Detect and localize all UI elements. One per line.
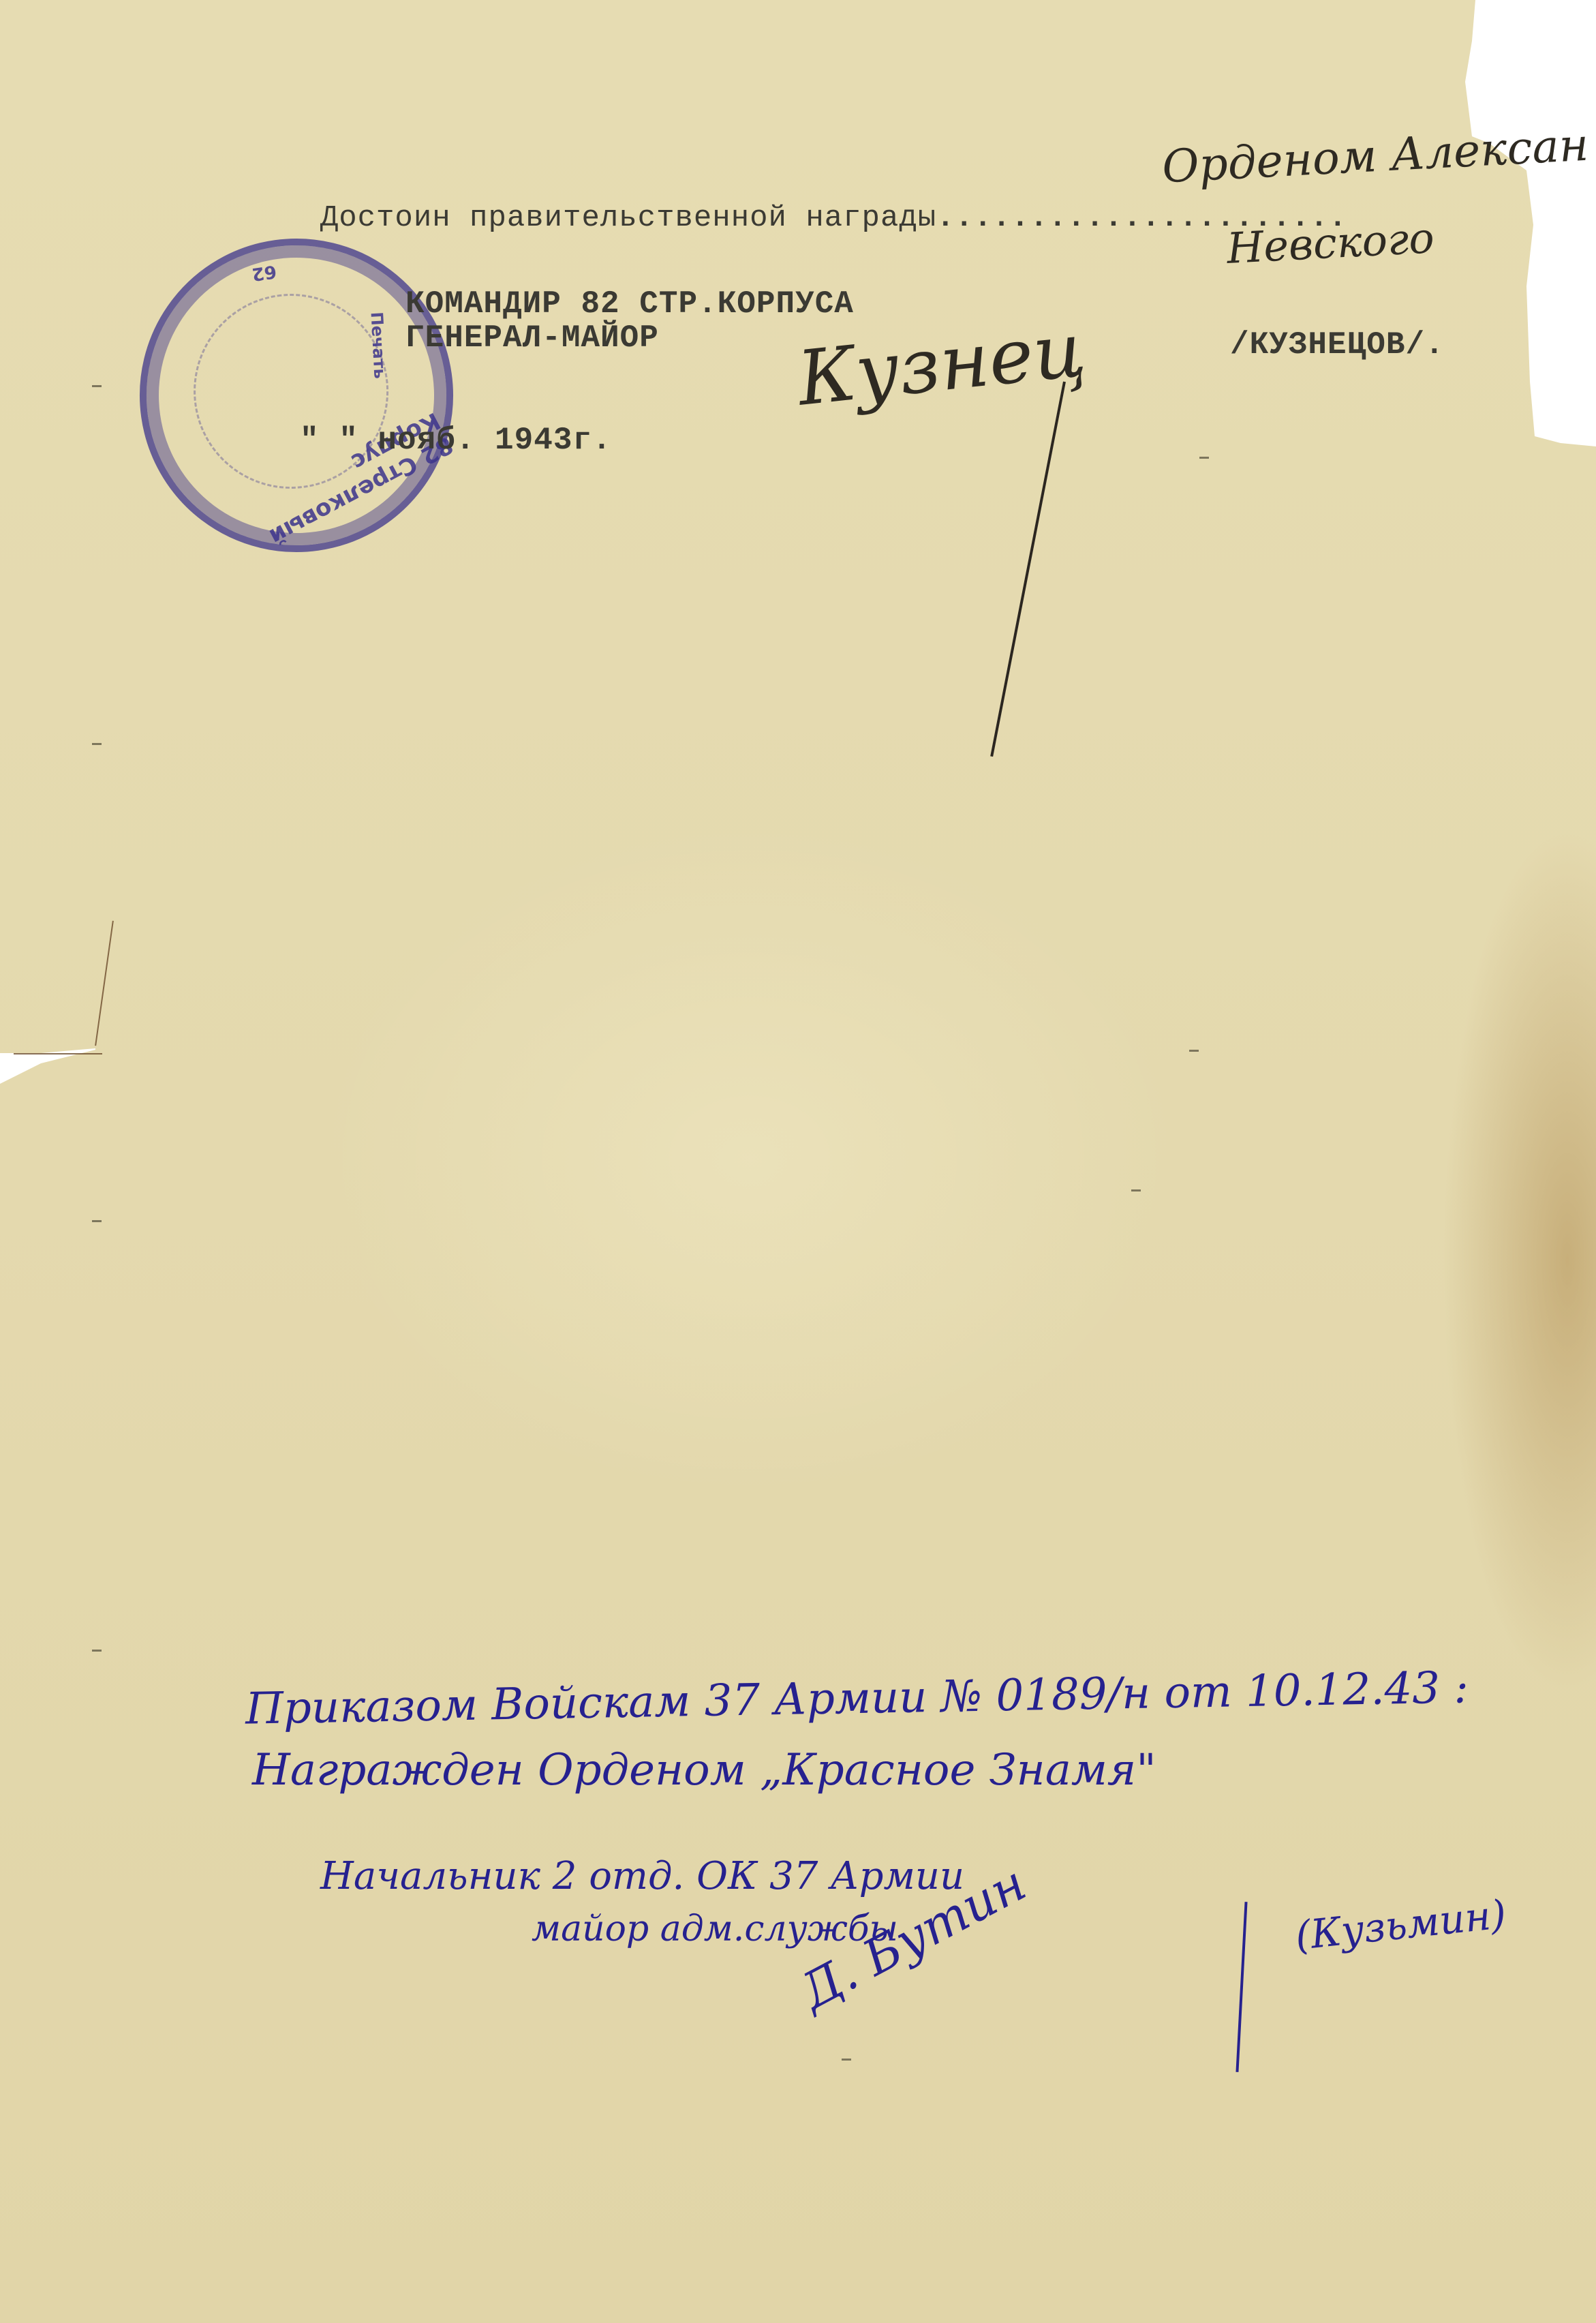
form-mark <box>92 1220 102 1222</box>
signer-title-line1: Начальник 2 отд. ОК 37 Армии <box>320 1854 964 1898</box>
resolution-line2: Награжден Орденом „Красное Знамя" <box>252 1745 1156 1795</box>
form-mark <box>92 385 102 387</box>
form-mark <box>92 1650 102 1652</box>
commander-date: " " нояб. 1943г. <box>300 423 612 458</box>
stamp-inner-text: Печать <box>367 312 389 379</box>
form-mark <box>92 743 102 745</box>
form-mark <box>1199 457 1209 459</box>
commander-title-line1: КОМАНДИР 82 СТР.КОРПУСА <box>405 286 854 322</box>
stamp-number: 62 <box>251 260 278 284</box>
form-mark <box>1131 1189 1141 1191</box>
paper-crack <box>14 1053 102 1054</box>
form-mark <box>842 2059 851 2061</box>
form-mark <box>1189 1050 1199 1052</box>
commander-title-line2: ГЕНЕРАЛ-МАЙОР <box>405 320 659 356</box>
commander-name: /КУЗНЕЦОВ/. <box>1230 327 1445 363</box>
award-typed-label: Достоин правительственной награды <box>320 201 936 235</box>
